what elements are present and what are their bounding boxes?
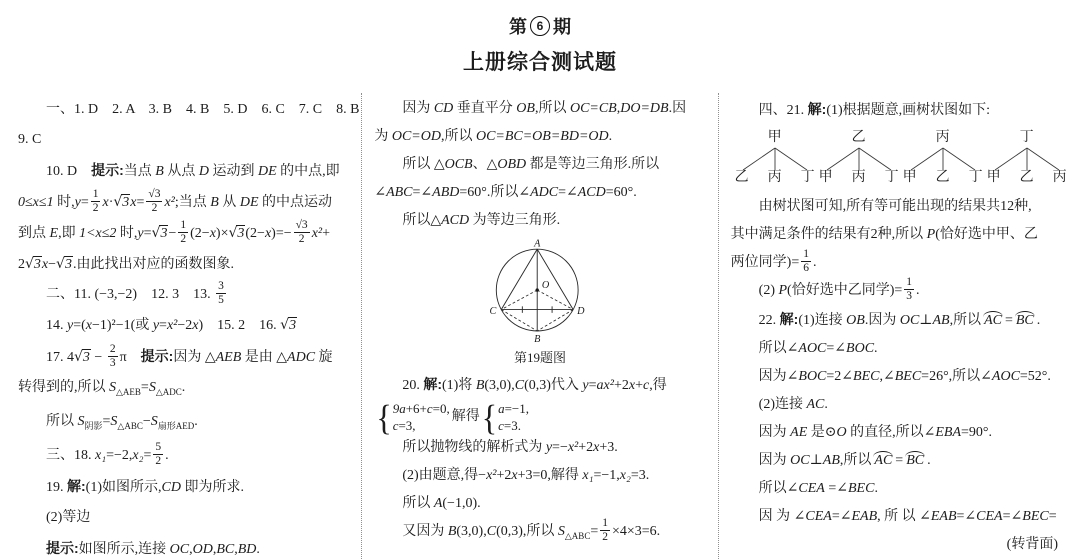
fraction-denominator: 2 <box>600 531 610 544</box>
bold-label: 提示: <box>141 348 174 364</box>
math-var: P <box>927 227 936 242</box>
math-var: x <box>265 226 271 241</box>
math-var: ADC <box>530 185 558 200</box>
fraction: 12 <box>178 219 188 246</box>
issue-number-circled: 6 <box>530 16 550 36</box>
text-block: 20. 解:(1)将 B(3,0),C(0,3)代入 y=ax²+2x+c,得{… <box>374 370 705 550</box>
text-line: 所以抛物线的解析式为 y=−x²+2x+3. <box>374 434 705 462</box>
radicand: 3 <box>64 256 73 272</box>
math-var: OC=OD <box>392 129 441 144</box>
text-line: 因为 OC⊥AB,所以AC=BC. <box>731 447 1062 475</box>
tree-branches <box>817 146 901 170</box>
math-var: S <box>78 414 85 429</box>
text-line: 转得到的,所以 S△AEB=S△ADC. <box>18 373 349 407</box>
header: 第 6 期 上册综合测试题 <box>0 0 1080 76</box>
equation-stack: a=−1,c=3. <box>498 400 529 434</box>
math-var: EAB <box>931 509 957 524</box>
subscript: 阴影 <box>85 421 103 431</box>
text-line: 两位同学)=16. <box>731 249 1062 277</box>
text-line: 因为 CD 垂直平分 OB,所以 OC=CB,DO=DB.因 <box>374 95 705 123</box>
fraction-denominator: 2 <box>178 233 188 246</box>
math-var: CD <box>162 480 181 495</box>
math-var: D <box>199 164 209 179</box>
fraction-numerator: √3 <box>294 219 310 233</box>
fraction-denominator: 2 <box>146 202 162 215</box>
math-var: x² <box>167 318 177 333</box>
fraction: 52 <box>153 441 163 468</box>
tree-root: 丁 <box>985 130 1069 146</box>
radical: √3 <box>56 257 73 272</box>
math-var: y <box>67 318 73 333</box>
bold-label: 解: <box>67 478 86 494</box>
text-line: (转背面) <box>731 531 1062 559</box>
math-var: c <box>393 418 399 433</box>
issue-line: 第 6 期 <box>0 13 1080 39</box>
text-line: ∠ABC=∠ABD=60°.所以∠ADC=∠ACD=60°. <box>374 179 705 207</box>
math-var: OD <box>193 542 213 557</box>
tree: 甲乙丙丁 <box>733 130 817 186</box>
math-var: BOC <box>846 341 874 356</box>
math-var: x² <box>164 195 174 210</box>
figure-label-b: B <box>534 334 541 344</box>
math-var: AEB <box>216 350 242 365</box>
fraction-numerator: 1 <box>904 276 914 290</box>
figure-19: A O C D B 第19题图 <box>374 238 705 367</box>
text-line: 10. D 提示:当点 B 从点 D 运动到 DE 的中点,即 <box>18 155 349 187</box>
math-var: AE <box>790 425 807 440</box>
math-var: C <box>515 378 524 393</box>
page: 第 6 期 上册综合测试题 一、1. D 2. A 3. B 4. B 5. D… <box>0 0 1080 559</box>
math-var: x² <box>312 226 322 241</box>
math-var: OBD <box>497 157 526 172</box>
equation-stack: 9a+6+c=0,c=3, <box>393 400 450 434</box>
text-line: 9. C <box>18 125 349 155</box>
fraction-denominator: 5 <box>216 294 226 307</box>
text-line: (2)连接 AC. <box>731 391 1062 419</box>
text-line: 二、11. (−3,−2) 12. 3 13. 35 <box>18 280 349 310</box>
bold-label: 提示: <box>46 540 79 556</box>
brace-icon: { <box>376 399 391 435</box>
radical: √3 <box>228 226 245 241</box>
text-line: 所以 △OCB、△OBD 都是等边三角形.所以 <box>374 151 705 179</box>
equation-line: c=3, <box>393 417 450 434</box>
math-var: x² <box>486 468 496 483</box>
fraction-denominator: 3 <box>904 290 914 303</box>
math-var: CD <box>434 101 453 116</box>
text-line: 到点 E,即 1<x≤2 时,y=√3−12(2−x)×√3(2−x)=−√32… <box>18 218 349 249</box>
figure-label-c: C <box>489 306 496 317</box>
radical: √3 <box>25 257 42 272</box>
arc-overline: AC <box>982 313 1004 328</box>
subscript: △ABC <box>565 531 590 541</box>
tree-branches <box>901 146 985 170</box>
text-line: 其中满足条件的结果有2种,所以 P(恰好选中甲、乙 <box>731 221 1062 249</box>
math-var: x₁ <box>95 448 106 463</box>
text-line: 所以 A(−1,0). <box>374 490 705 518</box>
tree-leaf: 丁 <box>969 170 983 186</box>
math-var: AB <box>823 453 840 468</box>
arc-overline: BC <box>904 453 926 468</box>
fraction: 12 <box>600 517 610 544</box>
text-line: 17. 4√3 − 23π 提示:因为 △AEB 是由 △ADC 旋 <box>18 341 349 373</box>
math-var: OC <box>900 313 919 328</box>
radicand: 3 <box>33 256 42 272</box>
tree-leaf: 乙 <box>936 170 950 186</box>
math-var: ax² <box>597 378 614 393</box>
text-line: 因 为 ∠CEA=∠EAB, 所 以 ∠EAB=∠CEA=∠BEC= <box>731 503 1062 531</box>
math-var: OC=BC=OB=BD=OD <box>476 129 609 144</box>
math-var: DE <box>240 195 259 210</box>
math-var: AOC <box>798 341 826 356</box>
text-line: 22. 解:(1)连接 OB.因为 OC⊥AB,所以AC=BC. <box>731 305 1062 335</box>
column-middle: 因为 CD 垂直平分 OB,所以 OC=CB,DO=DB.因为 OC=OD,所以… <box>362 93 717 559</box>
math-var: B <box>448 524 457 539</box>
math-var: B <box>155 164 164 179</box>
math-var: x <box>511 468 517 483</box>
math-var: ABD <box>432 185 459 200</box>
math-var: B <box>210 195 219 210</box>
tree-root: 乙 <box>817 130 901 146</box>
fraction: 12 <box>91 188 101 215</box>
math-var: x₂ <box>132 448 143 463</box>
math-var: y <box>546 440 552 455</box>
tree-leaf: 甲 <box>903 170 917 186</box>
text-line: 由树状图可知,所有等可能出现的结果共12种, <box>731 193 1062 221</box>
math-var: AC <box>806 397 824 412</box>
math-var: y <box>582 378 588 393</box>
text-line: 20. 解:(1)将 B(3,0),C(0,3)代入 y=ax²+2x+c,得 <box>374 370 705 400</box>
math-var: x <box>192 318 198 333</box>
math-var: OCB <box>445 157 473 172</box>
tree-branches <box>733 146 817 170</box>
math-var: ABC <box>386 185 412 200</box>
math-var: x <box>130 195 136 210</box>
math-var: y <box>75 195 81 210</box>
math-var: CEA <box>805 509 831 524</box>
text-line: 一、1. D 2. A 3. B 4. B 5. D 6. C 7. C 8. … <box>18 95 349 125</box>
math-var: OC=CB <box>570 101 617 116</box>
fraction-numerator: 2 <box>108 343 118 357</box>
tree-leaves: 甲乙丙 <box>985 170 1069 186</box>
math-var: P <box>778 283 787 298</box>
subscript: 扇形AED <box>158 421 195 431</box>
fraction-denominator: 6 <box>801 262 811 275</box>
issue-prefix: 第 <box>509 13 527 39</box>
math-var: BC <box>216 542 234 557</box>
math-var: EBA <box>935 425 961 440</box>
subscript: △ADC <box>156 387 182 397</box>
fraction-denominator: 3 <box>108 357 118 370</box>
tree-diagram: 甲乙丙丁乙甲丙丁丙甲乙丁丁甲乙丙 <box>731 130 1062 186</box>
math-var: x <box>102 195 108 210</box>
math-var: x₂ <box>620 468 631 483</box>
math-var: OB <box>846 313 865 328</box>
math-var: BEC <box>1022 509 1048 524</box>
radicand: 3 <box>82 349 91 365</box>
math-var: O <box>837 425 847 440</box>
equation-line: c=3. <box>498 417 529 434</box>
fraction: √32 <box>146 188 162 215</box>
math-var: DE <box>258 164 277 179</box>
fraction-numerator: 3 <box>216 280 226 294</box>
text-line: 0≤x≤1 时,y=12x·√3x=√32x²;当点 B 从 DE 的中点运动 <box>18 187 349 218</box>
math-var: ADC <box>287 350 315 365</box>
math-var: x² <box>568 440 578 455</box>
tree: 丁甲乙丙 <box>985 130 1069 186</box>
math-var: x <box>629 378 635 393</box>
math-var: x₁ <box>582 468 593 483</box>
subscript: △AEB <box>116 387 141 397</box>
figure-label-d: D <box>576 306 585 317</box>
content-columns: 一、1. D 2. A 3. B 4. B 5. D 6. C 7. C 8. … <box>0 93 1080 559</box>
text-line: 19. 解:(1)如图所示,CD 即为所求. <box>18 471 349 503</box>
math-var: BD <box>238 542 257 557</box>
bold-label: 解: <box>423 376 442 392</box>
math-var: S <box>149 380 156 395</box>
fraction-numerator: 1 <box>91 188 101 202</box>
text-line: (2) P(恰好选中乙同学)=13. <box>731 277 1062 305</box>
fraction-denominator: 2 <box>294 233 310 246</box>
math-var: DO=DB <box>620 101 668 116</box>
radicand: 3 <box>121 194 130 210</box>
arc-overline: BC <box>1014 313 1036 328</box>
text-line: 所以∠AOC=∠BOC. <box>731 335 1062 363</box>
tree-branches <box>985 146 1069 170</box>
math-var: OB <box>516 101 535 116</box>
math-var: B <box>476 378 485 393</box>
radical: √3 <box>74 350 91 365</box>
math-var: AB <box>932 313 949 328</box>
fraction-denominator: 2 <box>91 202 101 215</box>
math-var: E <box>50 226 59 241</box>
text-block: 因为 CD 垂直平分 OB,所以 OC=CB,DO=DB.因为 OC=OD,所以… <box>374 95 705 235</box>
text-line: 2√3x−√3.由此找出对应的函数图象. <box>18 249 349 280</box>
math-var: x <box>86 318 92 333</box>
figure-label-o: O <box>542 280 550 291</box>
equation-line: 9a+6+c=0, <box>393 400 450 417</box>
tree-leaves: 甲乙丁 <box>901 170 985 186</box>
math-var: OC <box>790 453 809 468</box>
bold-label: 解: <box>780 311 799 327</box>
tree: 丙甲乙丁 <box>901 130 985 186</box>
fraction: 13 <box>904 276 914 303</box>
text-line: 又因为 B(3,0),C(0,3),所以 S△ABC=12×4×3=6. <box>374 518 705 550</box>
text-line: 14. y=(x−1)²−1(或 y=x²−2x) 15. 2 16. √3 <box>18 310 349 341</box>
math-var: CEA <box>976 509 1002 524</box>
math-var: a <box>498 401 505 416</box>
tree-leaf: 乙 <box>1020 170 1034 186</box>
page-title: 上册综合测试题 <box>0 46 1080 76</box>
math-var: S <box>151 414 158 429</box>
text-line: 所以△ACD 为等边三角形. <box>374 207 705 235</box>
math-var: CEA <box>798 481 824 496</box>
column-left: 一、1. D 2. A 3. B 4. B 5. D 6. C 7. C 8. … <box>6 93 361 559</box>
fraction-numerator: √3 <box>146 188 162 202</box>
text-line: 因为 AE 是⊙O 的直径,所以∠EBA=90°. <box>731 419 1062 447</box>
brace-icon: { <box>482 399 497 435</box>
text-line: 为 OC=OD,所以 OC=BC=OB=BD=OD. <box>374 123 705 151</box>
math-var: c <box>427 401 433 416</box>
math-var: x <box>42 257 48 272</box>
math-var: EAB <box>851 509 877 524</box>
text-block: 四、21. 解:(1)根据题意,画树状图如下: <box>731 95 1062 125</box>
radicand: 3 <box>288 317 297 333</box>
arc-overline: AC <box>872 453 894 468</box>
math-var: ACD <box>578 185 606 200</box>
fraction-numerator: 1 <box>801 248 811 262</box>
text-line: 所以 S阴影=S△ABC−S扇形AED. <box>18 407 349 441</box>
math-var: BEC <box>848 481 874 496</box>
text-line: 四、21. 解:(1)根据题意,画树状图如下: <box>731 95 1062 125</box>
figure-label-a: A <box>533 238 541 249</box>
bold-label: 解: <box>808 101 827 117</box>
math-var: S <box>558 524 565 539</box>
tree-leaf: 甲 <box>987 170 1001 186</box>
text-line: 所以∠CEA =∠BEC. <box>731 475 1062 503</box>
math-var: x <box>210 226 216 241</box>
subscript: △ABC <box>117 421 142 431</box>
equation-system: {a=−1,c=3. <box>482 400 529 434</box>
math-var: y <box>137 226 143 241</box>
text-block: 由树状图可知,所有等可能出现的结果共12种,其中满足条件的结果有2种,所以 P(… <box>731 193 1062 559</box>
math-var: OC <box>170 542 189 557</box>
text-line: 三、18. x₁=−2,x₂=52. <box>18 441 349 471</box>
math-var: c <box>643 378 649 393</box>
fraction: 35 <box>216 280 226 307</box>
math-var: 9a <box>393 401 406 416</box>
figure-caption: 第19题图 <box>374 349 705 367</box>
math-var: ACD <box>441 213 469 228</box>
tree-leaf: 丁 <box>885 170 899 186</box>
circle-figure: A O C D B <box>470 238 610 344</box>
equation-line: a=−1, <box>498 400 529 417</box>
math-var: c <box>498 418 504 433</box>
fraction-numerator: 1 <box>178 219 188 233</box>
tree: 乙甲丙丁 <box>817 130 901 186</box>
radical: √3 <box>152 226 169 241</box>
math-var: S <box>109 380 116 395</box>
radical: √3 <box>280 318 297 333</box>
math-var: 1<x≤2 <box>79 226 116 241</box>
text-block: 一、1. D 2. A 3. B 4. B 5. D 6. C 7. C 8. … <box>18 95 349 559</box>
math-var: BEC <box>895 369 921 384</box>
tree-root: 丙 <box>901 130 985 146</box>
tree-leaves: 甲丙丁 <box>817 170 901 186</box>
fraction-numerator: 5 <box>153 441 163 455</box>
bold-label: 提示: <box>91 162 124 178</box>
fraction-numerator: 1 <box>600 517 610 531</box>
tree-leaves: 乙丙丁 <box>733 170 817 186</box>
radical: √3 <box>113 195 130 210</box>
fraction: 23 <box>108 343 118 370</box>
math-var: AOC <box>992 369 1020 384</box>
text-line: {9a+6+c=0,c=3,解得{a=−1,c=3. <box>374 400 705 434</box>
fraction: 16 <box>801 248 811 275</box>
math-var: A <box>434 496 443 511</box>
math-var: 0≤x≤1 <box>18 195 54 210</box>
fraction-denominator: 2 <box>153 455 163 468</box>
radicand: 3 <box>159 225 168 241</box>
tree-leaf: 丙 <box>1053 170 1067 186</box>
issue-suffix: 期 <box>553 13 571 39</box>
math-var: y <box>153 318 159 333</box>
column-right: 四、21. 解:(1)根据题意,画树状图如下: 甲乙丙丁乙甲丙丁丙甲乙丁丁甲乙丙… <box>719 93 1074 559</box>
math-var: BOC <box>798 369 826 384</box>
tree-leaf: 甲 <box>819 170 833 186</box>
math-var: BEC <box>853 369 879 384</box>
equation-system: {9a+6+c=0,c=3, <box>376 400 449 434</box>
radicand: 3 <box>236 225 245 241</box>
tree-leaf: 乙 <box>735 170 749 186</box>
tree-leaf: 丙 <box>768 170 782 186</box>
tree-leaf: 丙 <box>852 170 866 186</box>
tree-root: 甲 <box>733 130 817 146</box>
text-line: (2)等边 <box>18 503 349 533</box>
math-var: C <box>487 524 496 539</box>
text-line: (2)由题意,得−x²+2x+3=0,解得 x₁=−1,x₂=3. <box>374 462 705 490</box>
text-line: 因为∠BOC=2∠BEC,∠BEC=26°,所以∠AOC=52°. <box>731 363 1062 391</box>
tree-leaf: 丁 <box>801 170 815 186</box>
math-var: x <box>593 440 599 455</box>
issue-number: 6 <box>537 20 544 32</box>
text-line: 提示:如图所示,连接 OC,OD,BC,BD. <box>18 533 349 559</box>
fraction: √32 <box>294 219 310 246</box>
